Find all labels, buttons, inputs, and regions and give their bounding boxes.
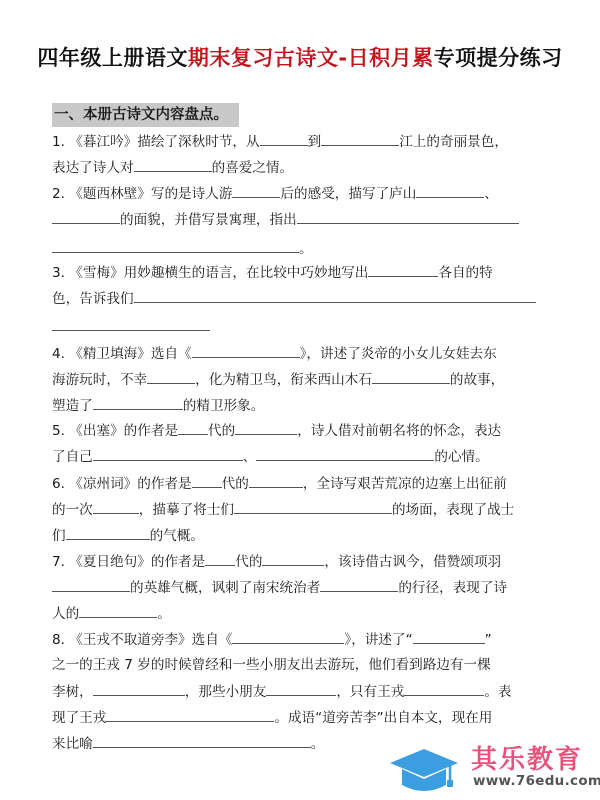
answer-blank[interactable] [52, 209, 120, 224]
answer-blank[interactable] [368, 262, 438, 277]
answer-blank[interactable] [134, 157, 212, 172]
question-text: 的行径，表现了诗 [398, 580, 507, 596]
question-text: ，只有王戎 [336, 684, 404, 700]
answer-blank[interactable] [404, 681, 484, 696]
answer-blank[interactable] [372, 369, 450, 384]
question-1-line: 表达了诗人对的喜爱之情。 [52, 157, 293, 178]
question-2-line: 。 [52, 238, 313, 259]
answer-blank[interactable] [320, 577, 398, 592]
question-text: 的气概。 [150, 528, 204, 544]
question-7-line: 人的。 [52, 603, 171, 624]
question-text: 代的 [222, 476, 249, 492]
answer-blank[interactable] [79, 603, 157, 618]
question-text: 。 [299, 241, 313, 257]
question-6-line: 的一次，描摹了将士们的场面，表现了战士 [52, 499, 514, 520]
answer-blank[interactable] [134, 288, 536, 303]
question-text: 的英雄气概，讽刺了南宋统治者 [130, 580, 320, 596]
section-heading: 一、本册古诗文内容盘点。 [52, 103, 239, 127]
question-8-line: 8. 《王戎不取道旁李》选自《》，讲述了“” [52, 629, 492, 650]
question-4-line: 塑造了的精卫形象。 [52, 395, 264, 416]
question-text: 的精卫形象。 [183, 398, 265, 414]
question-text: 之一的王戎 7 岁的时候曾经和一些小朋友出去游玩，他们看到路边有一棵 [52, 657, 491, 673]
question-text: 了自己 [52, 449, 93, 465]
question-text: 的故事， [450, 372, 504, 388]
question-text: 、 [484, 186, 498, 202]
brand-url: www.76edu.com [473, 773, 600, 789]
question-8-line: 之一的王戎 7 岁的时候曾经和一些小朋友出去游玩，他们看到路边有一棵 [52, 655, 491, 675]
question-text: 表达了诗人对 [52, 160, 134, 176]
answer-blank[interactable] [147, 369, 195, 384]
question-6-line: 们的气概。 [52, 525, 204, 546]
answer-blank[interactable] [93, 395, 183, 410]
question-text: 7. 《夏日绝句》的作者是 [52, 554, 205, 570]
question-text: 。表 [484, 684, 511, 700]
answer-blank[interactable] [52, 316, 210, 331]
question-text: ” [485, 632, 492, 648]
question-text: 1. 《暮江吟》描绘了深秋时节，从 [52, 134, 260, 150]
question-6-line: 6. 《凉州词》的作者是代的，全诗写艰苦荒凉的边塞上出征前 [52, 473, 507, 494]
question-text: 。成语“道旁苦李”出自本文，现在用 [274, 710, 492, 726]
question-4-line: 4. 《精卫填海》选自《》，讲述了炎帝的小女儿女娃去东 [52, 343, 497, 364]
answer-blank[interactable] [232, 629, 344, 644]
question-text: 李树， [52, 684, 93, 700]
question-text: ，化为精卫鸟，衔来西山木石 [195, 372, 372, 388]
question-2-line: 的面貌，并借写景寓理，指出 [52, 209, 519, 230]
question-3-line [52, 316, 210, 337]
question-text: 4. 《精卫填海》选自《 [52, 346, 192, 362]
question-7-line: 7. 《夏日绝句》的作者是代的，该诗借古讽今，借赞颂项羽 [52, 551, 501, 572]
question-text: 。 [311, 736, 325, 752]
question-2-line: 2. 《题西林壁》写的是诗人游后的感受，描写了庐山、 [52, 183, 498, 204]
answer-blank[interactable] [232, 183, 280, 198]
question-text: 现了王戎 [52, 710, 106, 726]
title-part-grade: 四年级上册语文 [37, 46, 188, 70]
title-part-topic: 期末复习古诗文-日积月累 [188, 46, 434, 70]
question-text: 人的 [52, 606, 79, 622]
answer-blank[interactable] [249, 473, 303, 488]
question-5-line: 了自己、的心情。 [52, 446, 489, 467]
answer-blank[interactable] [416, 183, 484, 198]
question-text: 江上的奇丽景色， [399, 134, 508, 150]
question-text: 、 [243, 449, 257, 465]
answer-blank[interactable] [52, 577, 130, 592]
question-text: 8. 《王戎不取道旁李》选自《 [52, 632, 232, 648]
answer-blank[interactable] [321, 131, 399, 146]
answer-blank[interactable] [66, 525, 150, 540]
question-text: ，诗人借对前朝名将的怀念，表达 [297, 423, 501, 439]
question-text: 色，告诉我们 [52, 291, 134, 307]
answer-blank[interactable] [234, 499, 392, 514]
question-text: 塑造了 [52, 398, 93, 414]
answer-blank[interactable] [93, 446, 243, 461]
question-8-line: 李树，，那些小朋友，只有王戎。表 [52, 681, 512, 702]
answer-blank[interactable] [106, 707, 274, 722]
question-8-line: 来比喻。 [52, 733, 324, 754]
question-text: 》，讲述了炎帝的小女儿女娃去东 [300, 346, 497, 362]
brand-logo: 其乐教育 www.76edu.com [388, 735, 598, 795]
question-text: 。 [157, 606, 171, 622]
question-text: 海游玩时，不幸 [52, 372, 147, 388]
question-text: 6. 《凉州词》的作者是 [52, 476, 192, 492]
question-text: 》，讲述了“ [344, 632, 412, 648]
question-text: 的场面，表现了战士 [392, 502, 514, 518]
question-3-line: 色，告诉我们 [52, 288, 536, 309]
answer-blank[interactable] [235, 420, 297, 435]
question-text: 后的感受，描写了庐山 [280, 186, 416, 202]
question-3-line: 3. 《雪梅》用妙趣横生的语言，在比较中巧妙地写出各自的特 [52, 262, 493, 283]
answer-blank[interactable] [93, 499, 139, 514]
question-text: 的一次 [52, 502, 93, 518]
question-text: 各自的特 [438, 265, 492, 281]
answer-blank[interactable] [256, 446, 434, 461]
question-text: ，描摹了将士们 [139, 502, 234, 518]
question-text: 5. 《出塞》的作者是 [52, 423, 178, 439]
answer-blank[interactable] [93, 681, 185, 696]
answer-blank[interactable] [413, 629, 485, 644]
question-text: ，全诗写艰苦荒凉的边塞上出征前 [303, 476, 507, 492]
graduation-cap-icon [388, 747, 460, 795]
answer-blank[interactable] [262, 551, 324, 566]
question-text: 3. 《雪梅》用妙趣横生的语言，在比较中巧妙地写出 [52, 265, 368, 281]
answer-blank[interactable] [205, 551, 235, 566]
question-text: ，该诗借古讽今，借赞颂项羽 [324, 554, 501, 570]
question-text: 2. 《题西林壁》写的是诗人游 [52, 186, 232, 202]
question-text: 来比喻 [52, 736, 93, 752]
answer-blank[interactable] [297, 209, 519, 224]
question-text: 到 [308, 134, 322, 150]
question-text: 代的 [235, 554, 262, 570]
question-7-line: 的英雄气概，讽刺了南宋统治者的行径，表现了诗 [52, 577, 507, 598]
title-part-practice: 专项提分练习 [434, 46, 563, 70]
brand-name: 其乐教育 [471, 739, 583, 776]
question-text: 代的 [208, 423, 235, 439]
answer-blank[interactable] [93, 733, 311, 748]
question-8-line: 现了王戎。成语“道旁苦李”出自本文，现在用 [52, 707, 492, 728]
question-text: 们 [52, 528, 66, 544]
answer-blank[interactable] [192, 343, 300, 358]
question-text: 的心情。 [434, 449, 488, 465]
question-1-line: 1. 《暮江吟》描绘了深秋时节，从到江上的奇丽景色， [52, 131, 508, 152]
answer-blank[interactable] [192, 473, 222, 488]
answer-blank[interactable] [178, 420, 208, 435]
page-title: 四年级上册语文期末复习古诗文-日积月累专项提分练习 [0, 42, 600, 72]
question-4-line: 海游玩时，不幸，化为精卫鸟，衔来西山木石的故事， [52, 369, 504, 390]
question-5-line: 5. 《出塞》的作者是代的，诗人借对前朝名将的怀念，表达 [52, 420, 501, 441]
answer-blank[interactable] [52, 238, 299, 253]
question-text: ，那些小朋友 [185, 684, 267, 700]
question-text: 的喜爱之情。 [212, 160, 294, 176]
question-text: 的面貌，并借写景寓理，指出 [120, 212, 297, 228]
answer-blank[interactable] [266, 681, 336, 696]
answer-blank[interactable] [260, 131, 308, 146]
